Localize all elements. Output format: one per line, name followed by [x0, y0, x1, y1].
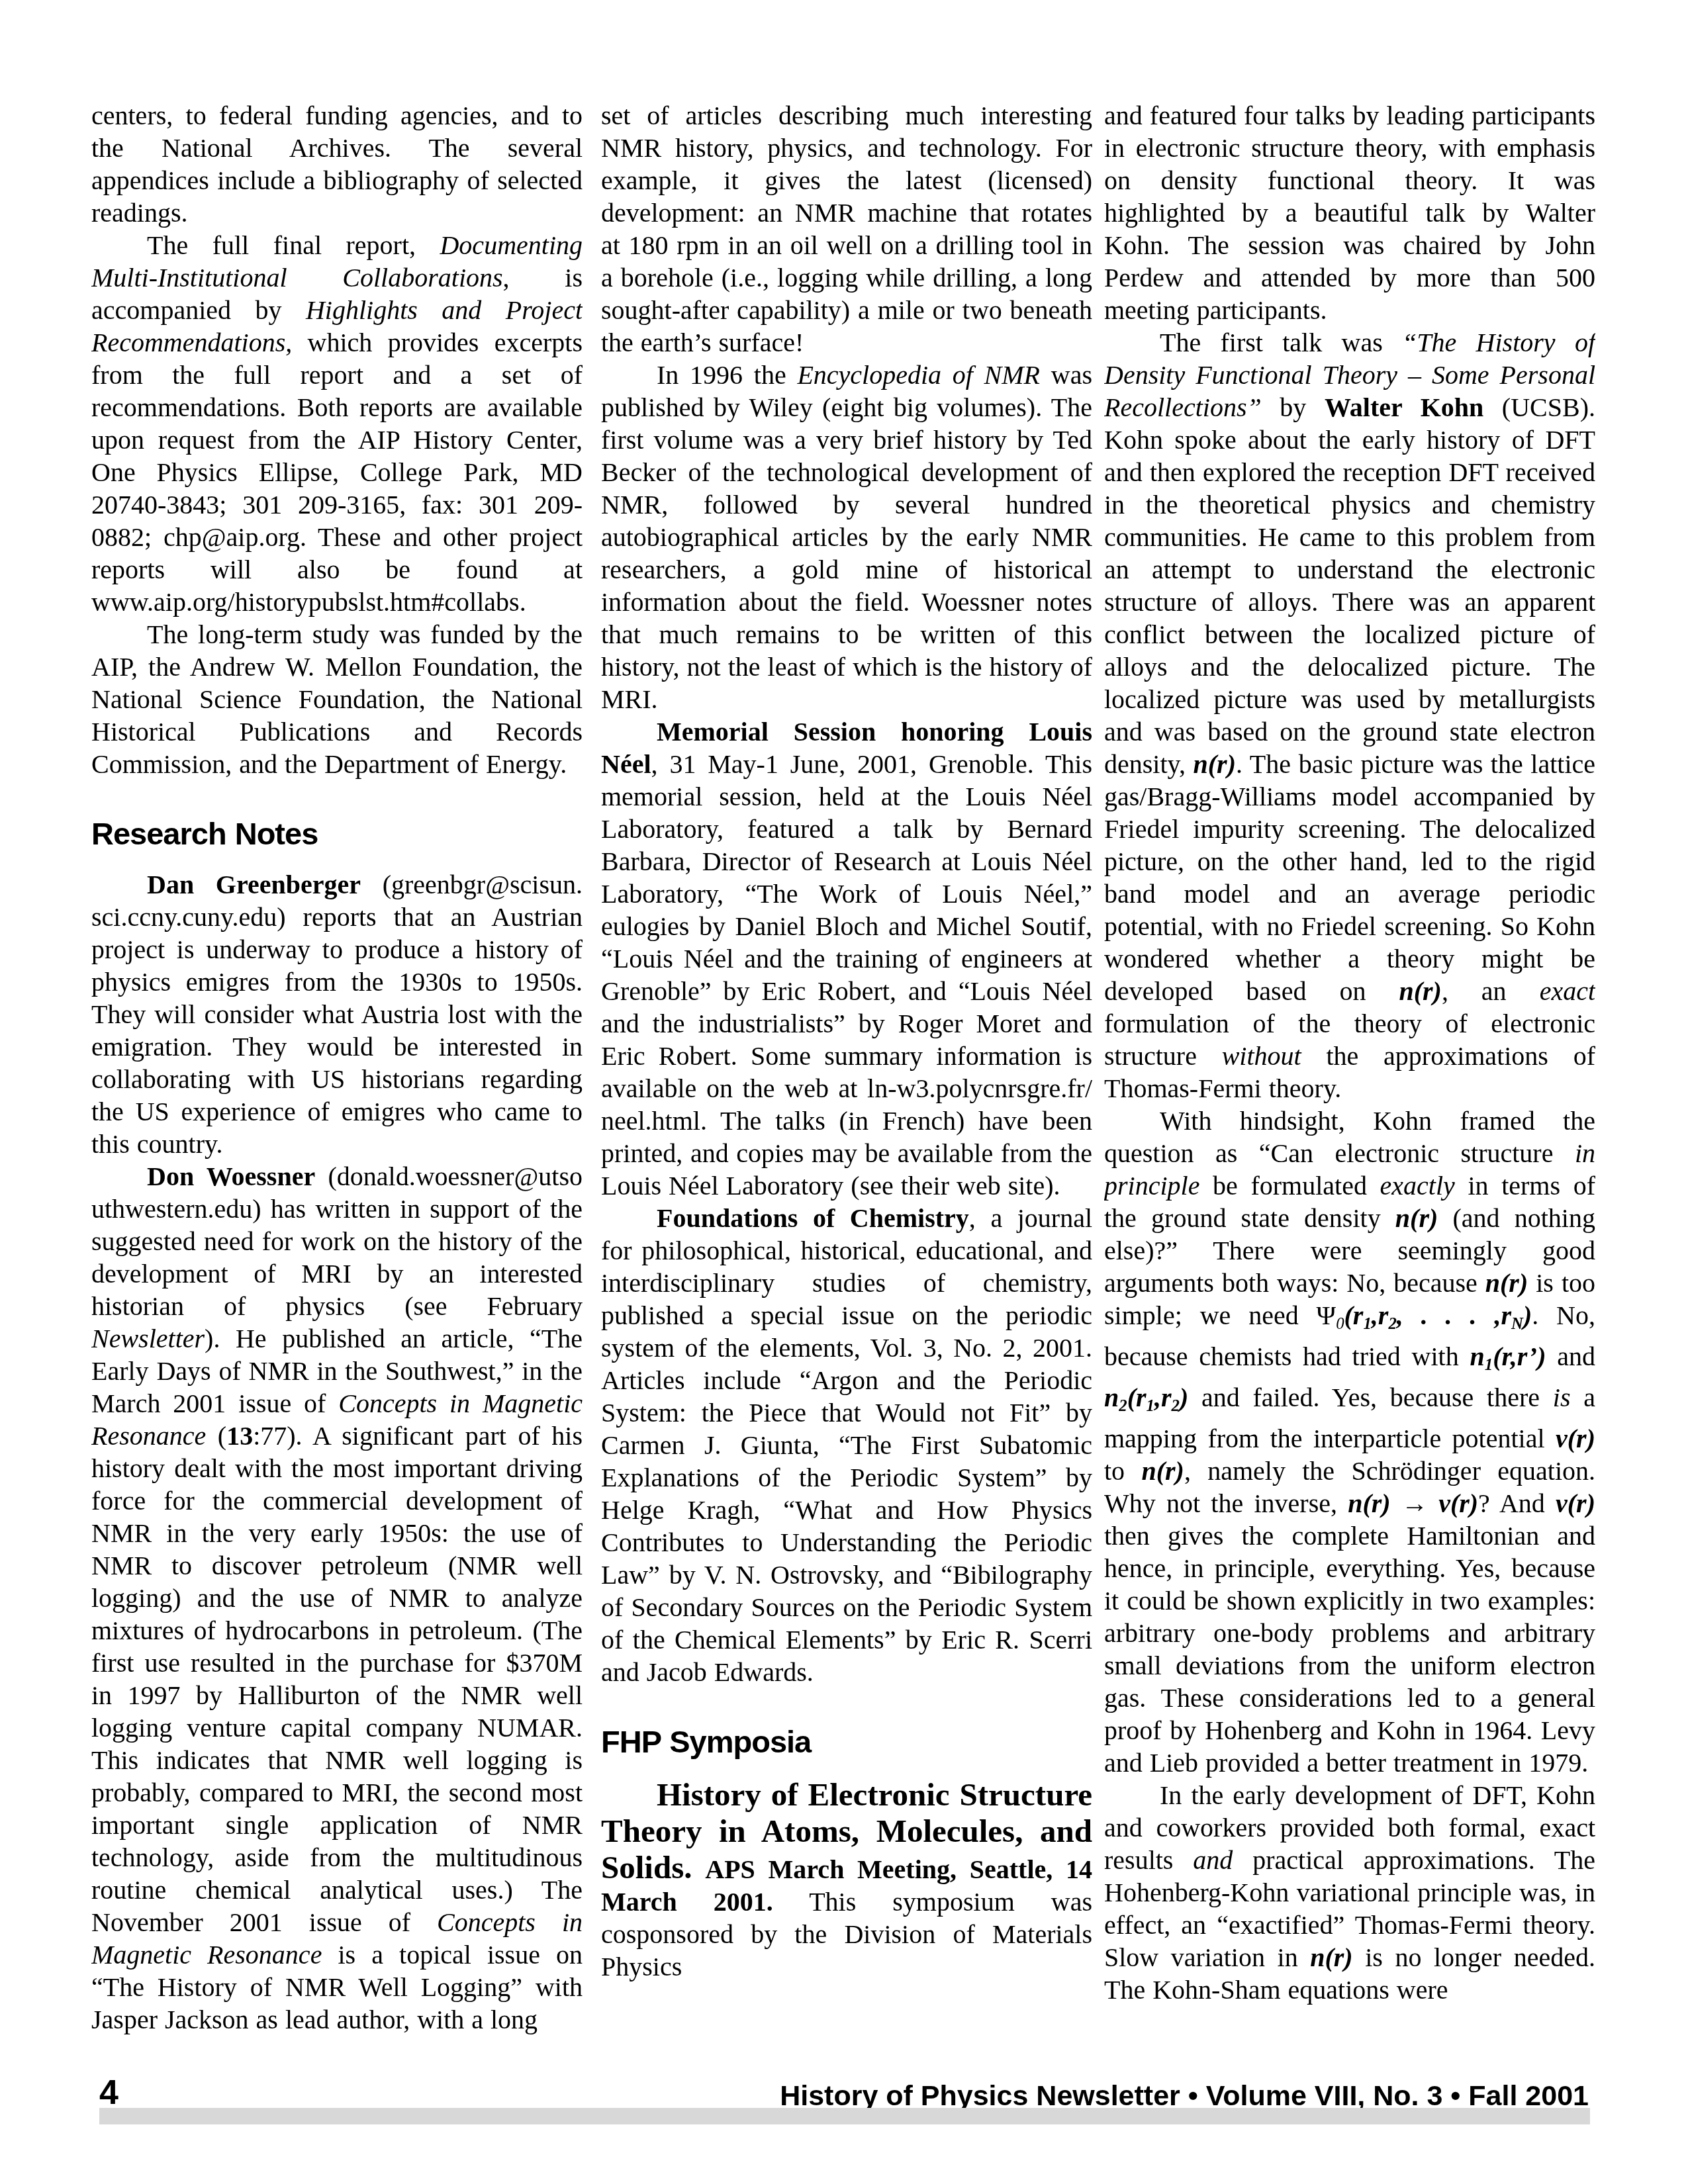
- text-run: [692, 1854, 706, 1884]
- text-run: ? And: [1478, 1488, 1556, 1518]
- text-run: be formulated: [1199, 1171, 1380, 1201]
- text-column-right: and featured four talks by leading parti…: [1104, 99, 1595, 2071]
- text-run: exact: [1540, 976, 1595, 1006]
- text-run: The long-term study was funded by the AI…: [91, 619, 583, 779]
- text-run: . The basic picture was the lattice gas/…: [1104, 749, 1595, 1006]
- text-run: ,r: [1154, 1383, 1172, 1412]
- text-run: and: [1193, 1845, 1233, 1875]
- text-run: (: [206, 1421, 226, 1451]
- text-run: then gives the complete Hamiltonian and …: [1104, 1521, 1595, 1778]
- text-run: 2: [1172, 1397, 1180, 1415]
- text-run: , a journal for philosophical, historica…: [601, 1203, 1092, 1687]
- text-run: n(r): [1395, 1203, 1438, 1233]
- text-run: v(r): [1438, 1488, 1478, 1518]
- text-column-left: centers, to federal funding agencies, an…: [91, 99, 583, 2071]
- text-run: , 31 May-1 June, 2001, Grenoble. This me…: [601, 749, 1092, 1201]
- text-run: v(r): [1556, 1424, 1595, 1453]
- text-run: without: [1222, 1041, 1301, 1071]
- footer-divider-bar: [99, 2108, 1590, 2124]
- text-run: ): [1523, 1300, 1532, 1330]
- text-run: N: [1511, 1315, 1523, 1333]
- text-run: n(r): [1399, 976, 1441, 1006]
- footer-page-number: 4: [99, 2075, 118, 2110]
- paragraph: Dan Greenberger (greenbgr@scisun. sci.cc…: [91, 868, 583, 1160]
- text-run: was published by Wiley (eight big volume…: [601, 360, 1092, 714]
- text-run: Don Woessner: [147, 1161, 315, 1191]
- text-run: (r,r’): [1493, 1342, 1546, 1371]
- paragraph: set of articles describing much interest…: [601, 99, 1092, 359]
- text-run: v(r): [1556, 1488, 1595, 1518]
- text-run: and: [1546, 1342, 1596, 1371]
- text-run: ): [1180, 1383, 1188, 1412]
- text-run: centers, to federal funding agencies, an…: [91, 101, 583, 228]
- section-heading: Research Notes: [91, 817, 583, 851]
- text-run: 1: [1147, 1397, 1154, 1415]
- text-run: n(r): [1310, 1942, 1352, 1972]
- text-run: Newsletter: [91, 1324, 205, 1353]
- text-run: 2: [1388, 1315, 1396, 1333]
- text-run: and featured four talks by leading parti…: [1104, 101, 1595, 325]
- text-run: (r: [1127, 1383, 1147, 1412]
- text-run: Foundations of Chemistry: [657, 1203, 969, 1233]
- paragraph: The long-term study was funded by the AI…: [91, 618, 583, 780]
- paragraph: centers, to federal funding agencies, an…: [91, 99, 583, 229]
- text-run: →: [1391, 1488, 1438, 1518]
- text-run: n: [1104, 1383, 1119, 1412]
- text-run: (UCSB). Kohn spoke about the early histo…: [1104, 392, 1595, 779]
- paragraph: Memorial Session honoring Louis Néel, 31…: [601, 715, 1092, 1202]
- text-run: ,r: [1372, 1300, 1389, 1330]
- paragraph: The first talk was “The History of Densi…: [1104, 326, 1595, 1105]
- text-run: to: [1104, 1456, 1141, 1486]
- text-run: exactly: [1380, 1171, 1455, 1201]
- text-run: n(r): [1194, 749, 1236, 779]
- paragraph: With hindsight, Kohn framed the question…: [1104, 1105, 1595, 1779]
- text-run: 0: [1336, 1315, 1344, 1333]
- text-run: n(r): [1485, 1268, 1528, 1298]
- text-run: The full final report,: [147, 230, 440, 260]
- text-run: 1: [1363, 1315, 1371, 1333]
- text-run: n(r): [1348, 1488, 1390, 1518]
- text-run: by: [1262, 392, 1325, 422]
- text-run: , . . . ,r: [1397, 1300, 1511, 1330]
- newsletter-page: centers, to federal funding agencies, an…: [0, 0, 1688, 2184]
- text-run: 2: [1119, 1397, 1127, 1415]
- text-run: (r: [1344, 1300, 1364, 1330]
- text-run: Dan Greenberger: [147, 870, 361, 899]
- text-column-middle: set of articles describing much interest…: [601, 99, 1092, 2071]
- paragraph: Foundations of Chemistry, a journal for …: [601, 1202, 1092, 1688]
- text-run: n: [1470, 1342, 1484, 1371]
- paragraph: and featured four talks by leading parti…: [1104, 99, 1595, 326]
- text-run: 13: [226, 1421, 253, 1451]
- paragraph: In 1996 the Encyclopedia of NMR was publ…: [601, 359, 1092, 715]
- text-run: and failed. Yes, because there: [1188, 1383, 1553, 1412]
- text-run: 1: [1485, 1356, 1493, 1374]
- text-run: , an: [1442, 976, 1540, 1006]
- text-run: is: [1553, 1383, 1571, 1412]
- text-run: The first talk was: [1160, 328, 1402, 357]
- text-run: :77). A significant part of his history …: [91, 1421, 583, 1937]
- section-heading: FHP Symposia: [601, 1725, 1092, 1759]
- text-run: set of articles describing much interest…: [601, 101, 1092, 357]
- text-run: Walter Kohn: [1325, 392, 1483, 422]
- text-run: (greenbgr@scisun. sci.ccny.cuny.edu) rep…: [91, 870, 583, 1159]
- text-run: which provides excerpts from the full re…: [91, 328, 583, 617]
- text-run: Encyclopedia of NMR: [797, 360, 1040, 390]
- text-run: With hindsight, Kohn framed the question…: [1104, 1106, 1595, 1168]
- text-run: In 1996 the: [657, 360, 797, 390]
- paragraph: In the early development of DFT, Kohn an…: [1104, 1779, 1595, 2006]
- text-run: n(r): [1141, 1456, 1184, 1486]
- paragraph: The full final report, Documenting Multi…: [91, 229, 583, 618]
- footer-journal-line: History of Physics Newsletter • Volume V…: [780, 2082, 1589, 2111]
- paragraph: Don Woessner (donald.woessner@utso uthwe…: [91, 1160, 583, 2036]
- paragraph: History of Electronic Structure Theory i…: [601, 1776, 1092, 1983]
